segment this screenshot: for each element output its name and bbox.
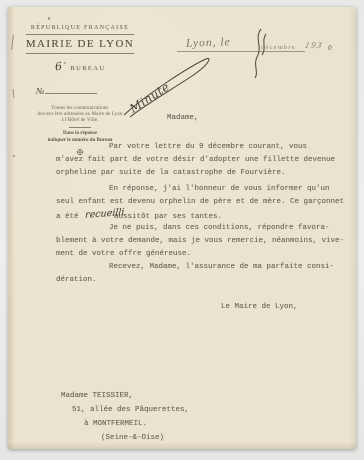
handwritten-day-mark xyxy=(250,27,268,81)
recipient-department: (Seine-&-Oise) xyxy=(101,434,164,442)
body-line: Je ne puis, dans ces conditions, répondr… xyxy=(56,222,350,235)
numero-label: № xyxy=(36,86,45,96)
body-line-pre: a été xyxy=(56,213,79,221)
scanned-letter-paper: RÉPUBLIQUE FRANÇAISE MAIRIE DE LYON 6e B… xyxy=(8,7,356,449)
signoff: Le Maire de Lyon, xyxy=(221,303,298,311)
body-line: blement à votre demande, mais je vous re… xyxy=(56,235,350,248)
numero-blank-line xyxy=(45,86,97,94)
body-line: ment de votre offre généreuse. xyxy=(56,248,350,261)
body-line: m'avez fait part de votre désir d'adopte… xyxy=(56,154,350,167)
body-line: Par votre lettre du 9 décembre courant, … xyxy=(56,141,350,154)
letterhead-short-rule xyxy=(69,127,91,128)
body-line: Recevez, Madame, l'assurance de ma parfa… xyxy=(56,261,350,274)
bureau-ordinal: e xyxy=(64,60,67,65)
dateline-place: Lyon, le xyxy=(186,36,231,50)
dateline-rule xyxy=(177,51,305,52)
republic-heading: RÉPUBLIQUE FRANÇAISE xyxy=(24,25,136,31)
handwritten-bureau-number: 6 xyxy=(54,60,64,74)
paper-speck xyxy=(11,35,14,50)
dateline-year-printed: 193 xyxy=(304,40,324,50)
paper-speck xyxy=(13,89,15,98)
handwritten-correction: recueilli xyxy=(83,207,110,222)
letter-body: Par votre lettre du 9 décembre courant, … xyxy=(56,141,350,287)
body-line-post: aussitôt par ses tantes. xyxy=(114,213,222,221)
body-line-with-correction: a été recueilliaussitôt par ses tantes. xyxy=(56,209,350,222)
bureau-label: BUREAU xyxy=(70,65,105,72)
recipient-name: Madame TEISSIER, xyxy=(61,392,133,400)
letterhead-rule xyxy=(26,34,134,35)
handwritten-year-digit: 0 xyxy=(328,45,332,52)
recipient-city: à MONTFERMEIL. xyxy=(84,420,147,428)
body-line: dération. xyxy=(56,274,350,287)
recipient-street: 51, allée des Pâquerettes, xyxy=(72,406,189,414)
body-line: En réponse, j'ai l'honneur de vous infor… xyxy=(56,183,350,196)
letterhead-rule xyxy=(26,53,134,54)
city-hall-heading: MAIRIE DE LYON xyxy=(24,38,136,50)
minute-text: Minute xyxy=(126,79,172,116)
dateline-month: décembre xyxy=(261,44,296,51)
salutation: Madame, xyxy=(167,114,199,122)
paper-speck xyxy=(13,155,15,157)
body-line: orpheline par suite de la catastrophe de… xyxy=(56,167,350,180)
paper-speck xyxy=(48,17,50,20)
